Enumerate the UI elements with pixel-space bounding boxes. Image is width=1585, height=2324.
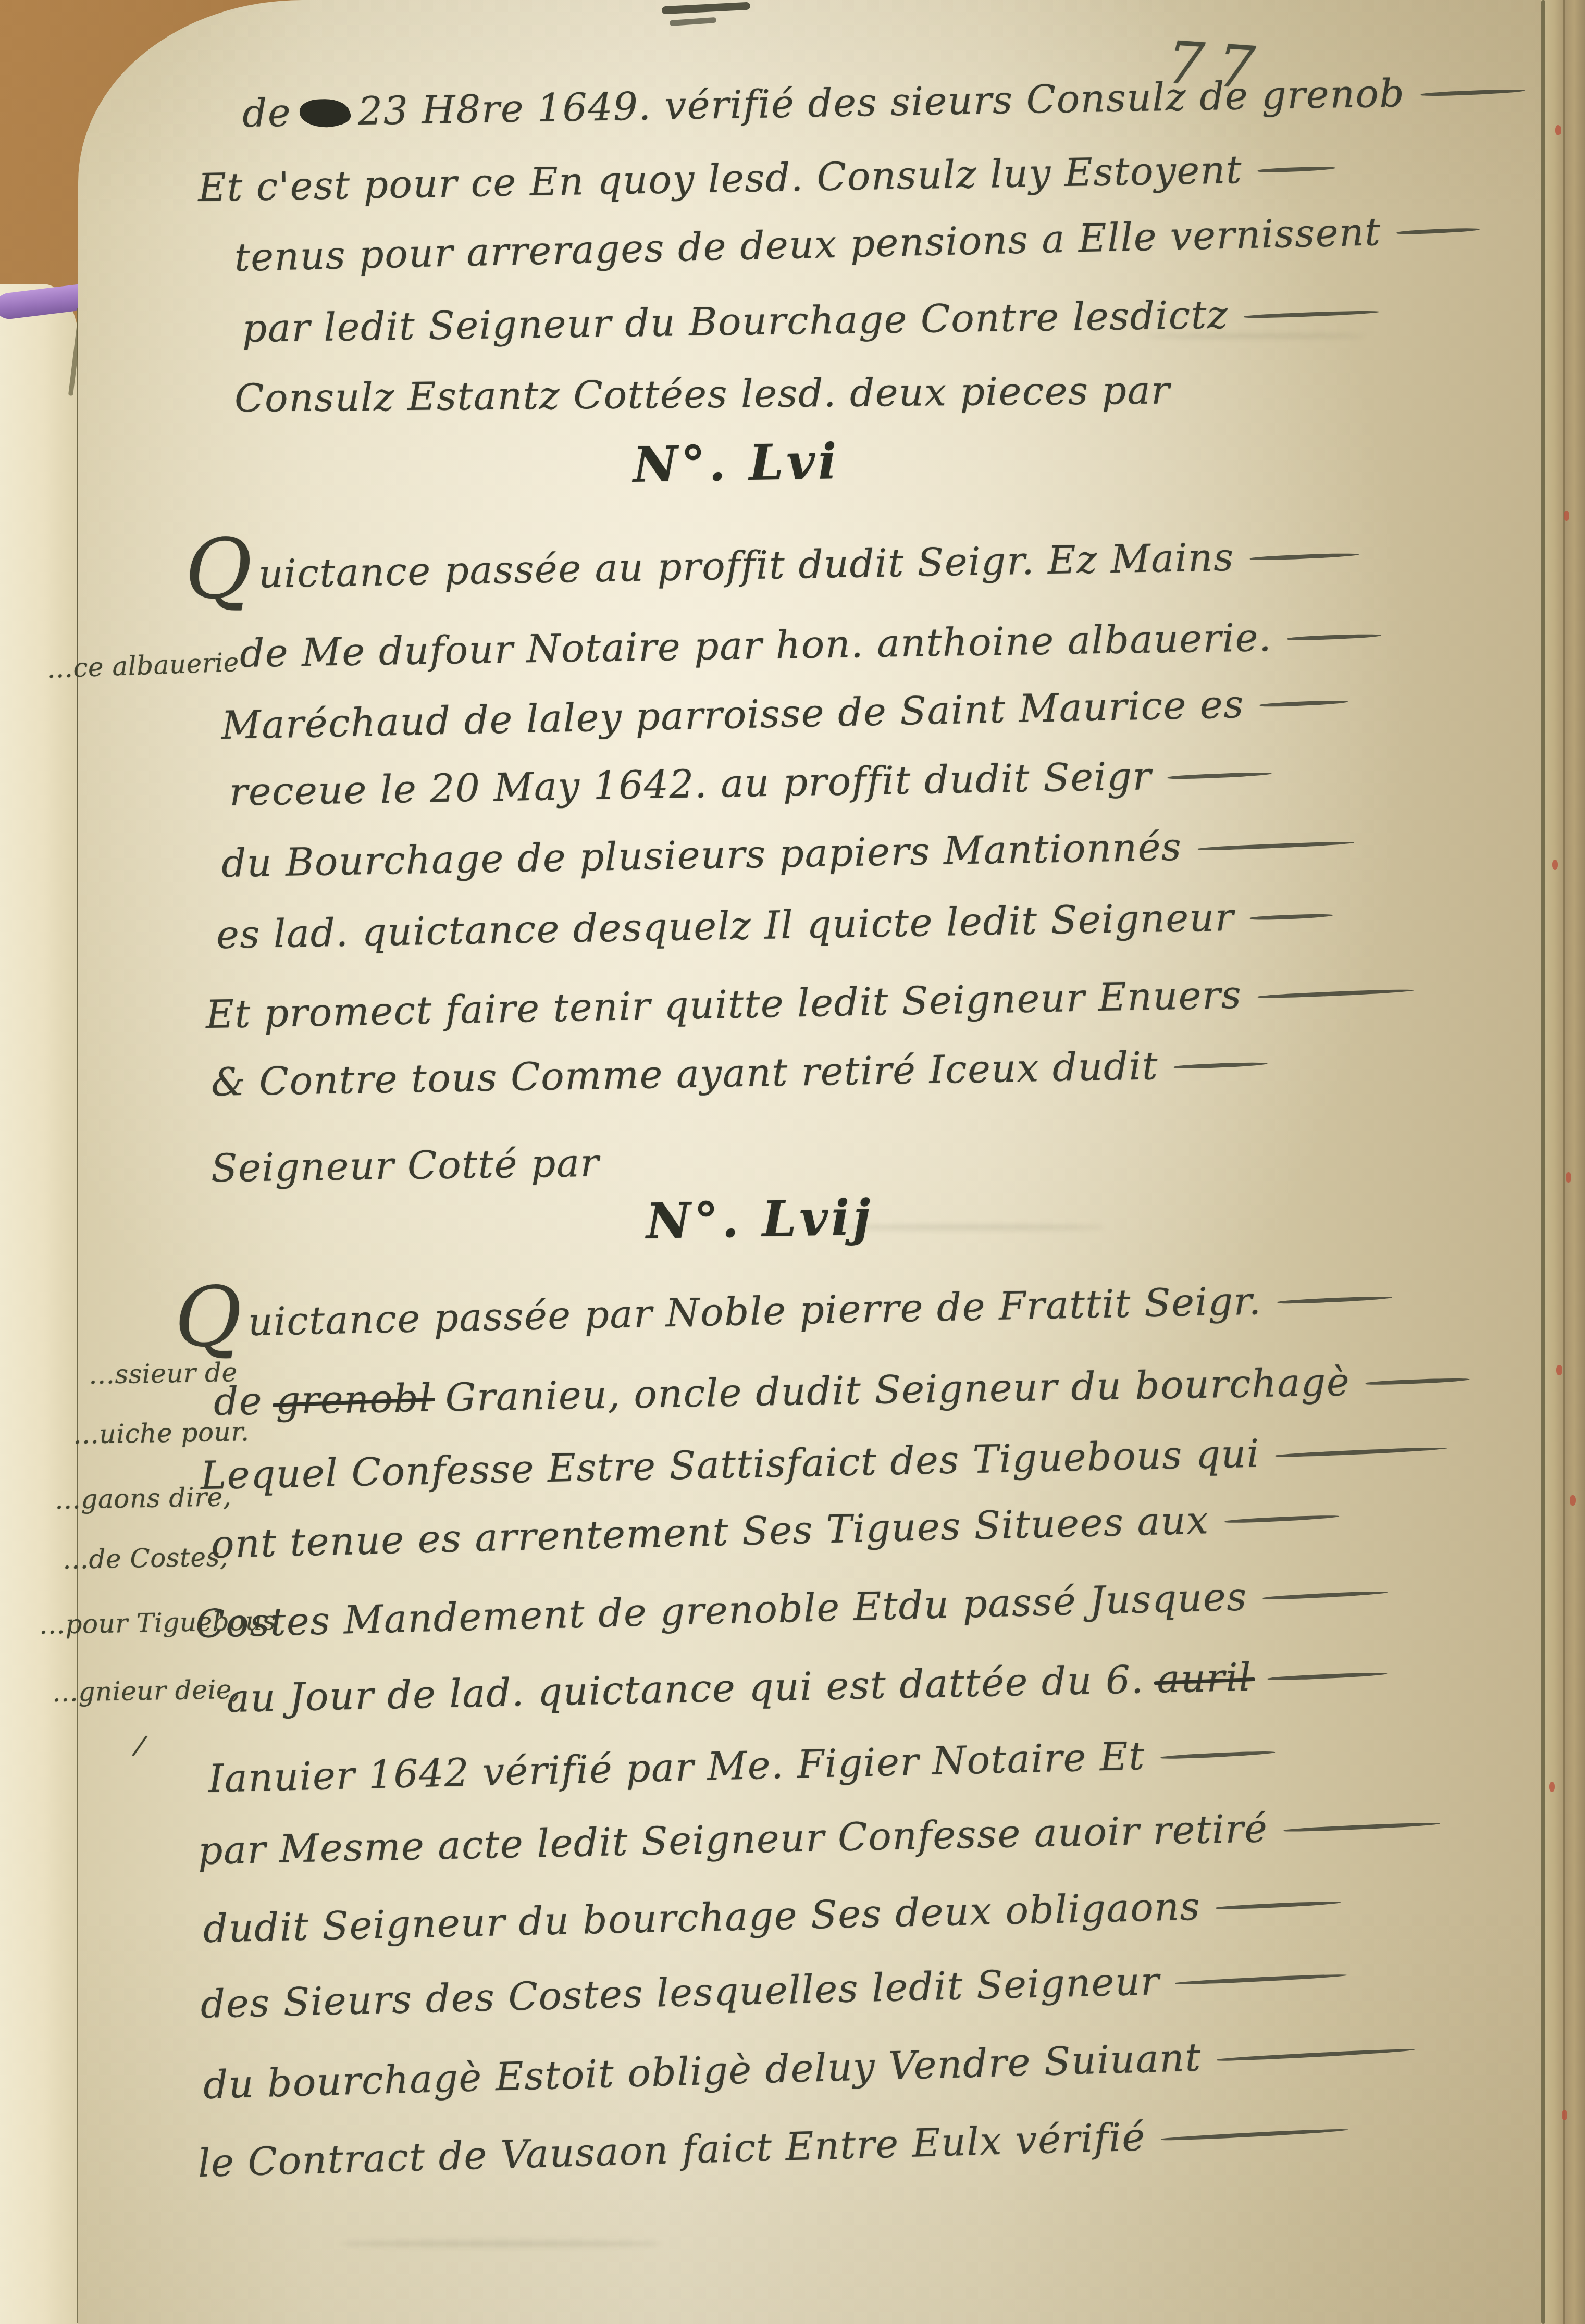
struck-word: grenobl [275, 1376, 432, 1423]
line-filler-dash [1420, 88, 1525, 97]
struck-word: auril [1157, 1655, 1253, 1702]
line-filler-dash [1167, 771, 1271, 780]
line-filler-dash [1216, 1900, 1341, 1910]
line-text: Maréchaud de laley parroisse de Saint Ma… [221, 682, 1244, 748]
line-text: Costes Mandement de grenoble Etdu passé … [195, 1574, 1248, 1647]
top-edge-mark [670, 17, 717, 26]
line-filler-dash [1262, 1590, 1388, 1601]
line-text: du Bourchage de plusieurs papiers Mantio… [221, 825, 1182, 886]
red-edge-fleck [1552, 860, 1558, 870]
manuscript-line: Et promect faire tenir quitte ledit Seig… [205, 969, 1414, 1037]
line-filler-dash [1160, 1750, 1275, 1760]
manuscript-line: Seigneur Cotté par [210, 1141, 599, 1191]
line-text: Lequel Confesse Estre Sattisfaict des Ti… [200, 1431, 1260, 1498]
line-filler-dash [1249, 552, 1359, 561]
ink-blot [300, 98, 350, 128]
line-text: du bourchagè Estoit obligè deluy Vendre … [203, 2035, 1202, 2108]
line-filler-dash [1259, 699, 1348, 707]
margin-note: …ce albauerie [46, 647, 240, 684]
line-text: par ledit Seigneur du Bourchage Contre l… [242, 293, 1229, 351]
line-text: Et promect faire tenir quitte ledit Seig… [205, 973, 1242, 1037]
drop-initial: Q [174, 1269, 244, 1366]
red-edge-fleck [1566, 1172, 1571, 1183]
manuscript-line: Quictance passée au proffit dudit Seigr.… [184, 533, 1359, 598]
manuscript-line: par ledit Seigneur du Bourchage Contre l… [242, 291, 1379, 351]
line-filler-dash [1276, 1446, 1447, 1459]
manuscript-line: Consulz Estantz Cottées lesd. deux piece… [234, 368, 1171, 421]
ink-bleed-smudge [339, 2240, 662, 2247]
line-filler-dash [1277, 1295, 1392, 1304]
line-filler-dash [1197, 840, 1354, 851]
manuscript-line: Et c'est pour ce En quoy lesd. Consulz l… [197, 146, 1336, 210]
manuscript-line: receue le 20 May 1642. au proffit dudit … [229, 752, 1272, 815]
line-text: de [242, 90, 292, 136]
manuscript-line: du Bourchage de plusieurs papiers Mantio… [221, 822, 1354, 886]
manuscript-line: Quictance passée par Noble pierre de Fra… [174, 1276, 1392, 1346]
line-text: dudit Seigneur du bourchage Ses deux obl… [203, 1884, 1201, 1952]
line-text: des Sieurs des Costes lesquelles ledit S… [200, 1959, 1160, 2027]
line-filler-dash [1175, 1973, 1347, 1986]
manuscript-line: du bourchagè Estoit obligè deluy Vendre … [203, 2029, 1416, 2108]
red-edge-fleck [1549, 1782, 1555, 1792]
line-filler-dash [1257, 988, 1414, 1000]
red-edge-fleck [1562, 2110, 1567, 2120]
manuscript-line: de23 H8re 1649. vérifié des sieurs Consu… [242, 69, 1525, 136]
manuscript-line: Maréchaud de laley parroisse de Saint Ma… [221, 680, 1348, 748]
manuscript-page: 77 de23 H8re 1649. vérifié des sieurs Co… [78, 0, 1543, 2324]
red-edge-fleck [1564, 511, 1569, 521]
line-filler-dash [1217, 2047, 1415, 2062]
page-edge-line [1563, 0, 1565, 2324]
manuscript-line: de Me dufour Notaire par hon. anthoine a… [239, 614, 1381, 676]
line-filler-dash [1366, 1377, 1470, 1386]
line-text: de Me dufour Notaire par hon. anthoine a… [239, 615, 1272, 676]
drop-initial: Q [184, 521, 254, 618]
line-filler-dash [1224, 1514, 1339, 1524]
line-text: par Mesme acte ledit Seigneur Confesse a… [197, 1806, 1268, 1873]
line-filler-dash [1283, 1821, 1440, 1833]
line-text: Et c'est pour ce En quoy lesd. Consulz l… [197, 147, 1243, 210]
section-heading: N°. Lvij [646, 1189, 874, 1250]
manuscript-line: es lad. quictance desquelz Il quicte led… [216, 893, 1333, 958]
line-text: receue le 20 May 1642. au proffit dudit … [229, 754, 1152, 815]
page-edges [1541, 0, 1585, 2324]
line-filler-dash [1267, 1671, 1387, 1681]
page-edge-line [1541, 0, 1545, 2324]
manuscript-line: des Sieurs des Costes lesquelles ledit S… [200, 1954, 1348, 2027]
line-filler-dash [1250, 913, 1333, 921]
line-filler-dash [1244, 309, 1379, 319]
manuscript-line: ont tenue es arrentement Ses Tigues Situ… [210, 1495, 1340, 1567]
line-text: tenus pour arrerages de deux pensions a … [234, 209, 1381, 280]
margin-note: / [133, 1730, 146, 1761]
line-filler-dash [1258, 166, 1336, 173]
manuscript-line: par Mesme acte ledit Seigneur Confesse a… [197, 1803, 1440, 1873]
red-edge-fleck [1556, 1365, 1562, 1375]
line-text: le Contract de Vausaon faict Entre Eulx … [197, 2115, 1146, 2186]
line-filler-dash [1174, 1061, 1268, 1070]
line-text: es lad. quictance desquelz Il quicte led… [216, 895, 1234, 958]
line-text: Granieu, oncle dudit Seigneur du bourcha… [445, 1360, 1351, 1420]
line-filler-dash [1287, 633, 1381, 641]
line-text: Consulz Estantz Cottées lesd. deux piece… [234, 368, 1171, 421]
manuscript-line: Lequel Confesse Estre Sattisfaict des Ti… [200, 1427, 1448, 1498]
line-text: au Jour de lad. quictance qui est dattée… [226, 1657, 1144, 1721]
line-filler-dash [1161, 2128, 1349, 2142]
manuscript-line: le Contract de Vausaon faict Entre Eulx … [197, 2109, 1349, 2186]
manuscript-line: & Contre tous Comme ayant retiré Iceux d… [210, 1042, 1268, 1105]
ink-bleed-smudge [834, 1224, 1105, 1231]
manuscript-line: tenus pour arrerages de deux pensions a … [234, 207, 1480, 280]
line-text: 23 H8re 1649. vérifié des sieurs Consulz… [357, 71, 1405, 134]
manuscript-line: Ianuier 1642 vérifié par Me. Figier Nota… [208, 1731, 1276, 1801]
photo-background: 77 de23 H8re 1649. vérifié des sieurs Co… [0, 0, 1585, 2324]
red-edge-fleck [1555, 125, 1561, 135]
top-edge-mark [662, 2, 751, 15]
section-heading: N°. Lvi [633, 433, 840, 494]
line-text: uictance passée au proffit dudit Seigr. … [258, 535, 1234, 597]
line-text: Seigneur Cotté par [210, 1141, 599, 1191]
line-text: uictance passée par Noble pierre de Frat… [247, 1278, 1262, 1345]
manuscript-line: dudit Seigneur du bourchage Ses deux obl… [203, 1881, 1342, 1952]
facing-page-edge [0, 284, 79, 2324]
red-edge-fleck [1570, 1495, 1576, 1506]
line-text: Ianuier 1642 vérifié par Me. Figier Nota… [208, 1734, 1145, 1801]
line-text: de [213, 1378, 263, 1424]
margin-note: …de Costes, [62, 1542, 228, 1575]
manuscript-line: Costes Mandement de grenoble Etdu passé … [195, 1571, 1389, 1647]
line-filler-dash [1396, 227, 1480, 235]
margin-note: …gnieur deie, [52, 1674, 240, 1708]
line-text: ont tenue es arrentement Ses Tigues Situ… [210, 1498, 1209, 1567]
line-text: & Contre tous Comme ayant retiré Iceux d… [210, 1043, 1159, 1105]
manuscript-line: au Jour de lad. quictance qui est dattée… [226, 1652, 1388, 1721]
manuscript-line: de grenobl Granieu, oncle dudit Seigneur… [213, 1358, 1470, 1424]
